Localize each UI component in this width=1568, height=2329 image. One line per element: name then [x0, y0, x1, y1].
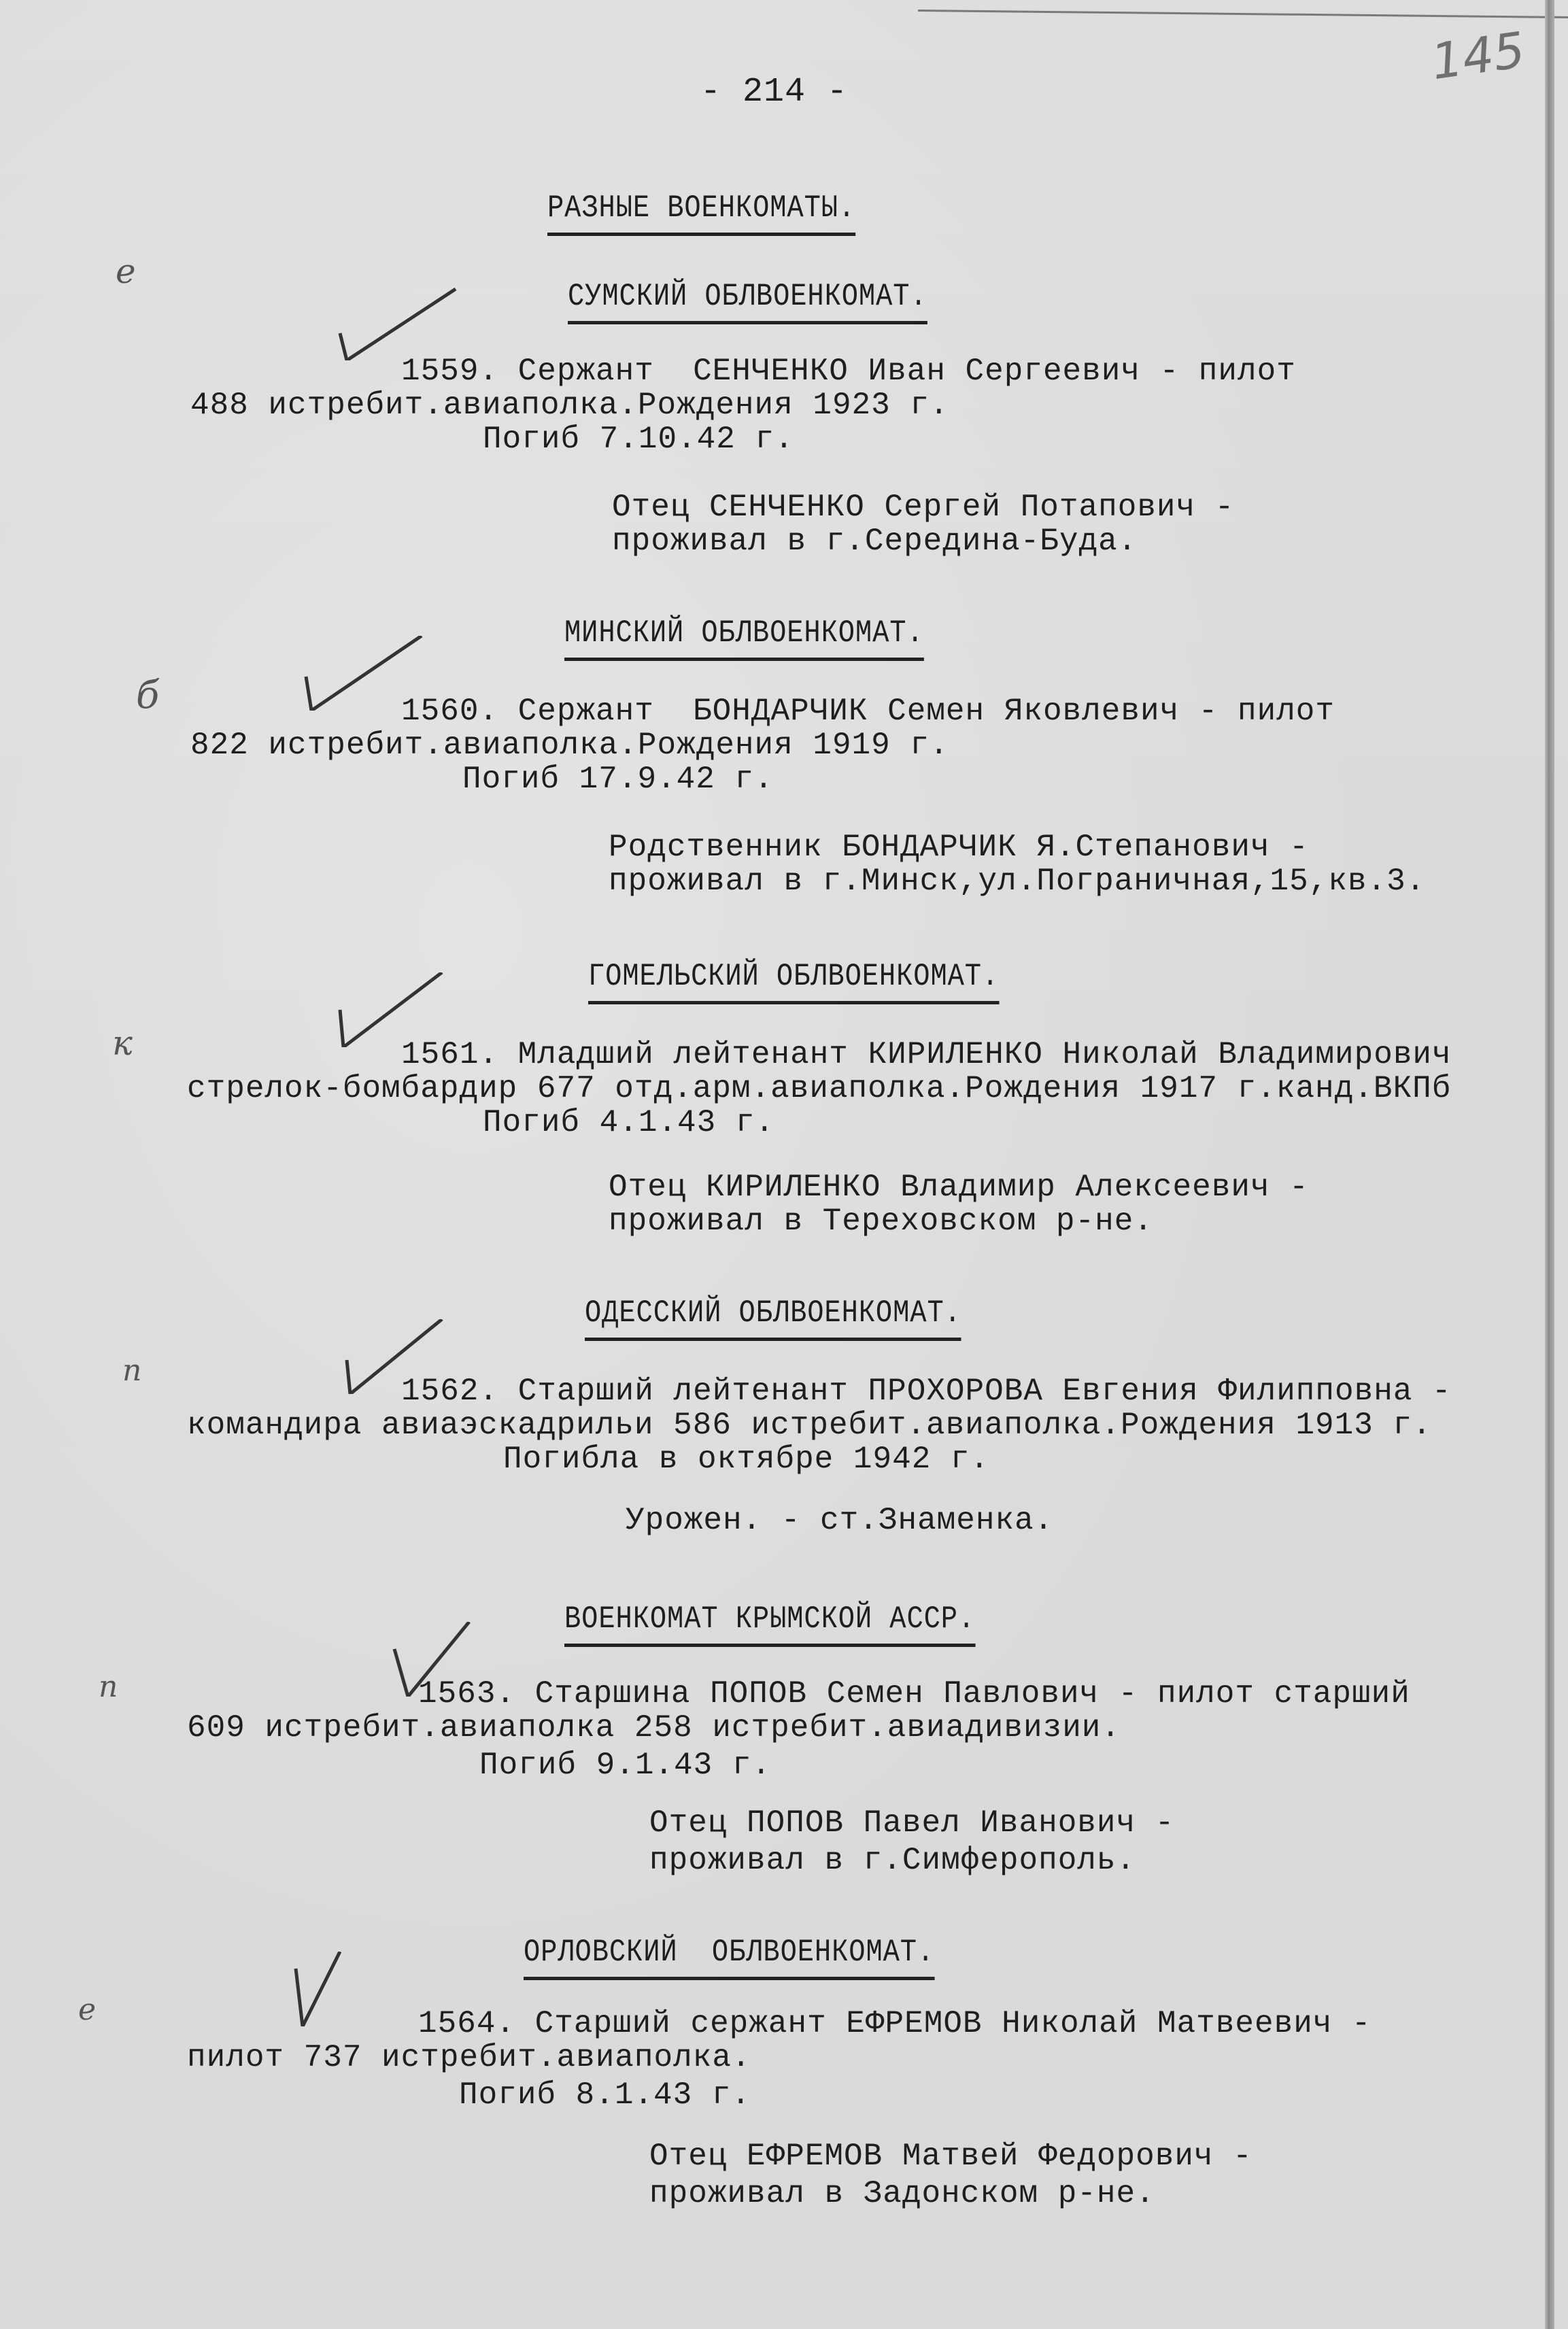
- entry-line: 1563. Старшина ПОПОВ Семен Павлович - пи…: [418, 1676, 1410, 1712]
- entry-line: 1560. Сержант БОНДАРЧИК Семен Яковлевич …: [401, 694, 1335, 729]
- section-heading: СУМСКИЙ ОБЛВОЕНКОМАТ.: [568, 279, 927, 324]
- relative-line: Родственник БОНДАРЧИК Я.Степанович -: [609, 830, 1309, 865]
- margin-mark: е: [78, 1992, 96, 2027]
- relative-line: Отец СЕНЧЕНКО Сергей Потапович -: [612, 490, 1234, 525]
- entry-line: 1562. Старший лейтенант ПРОХОРОВА Евгени…: [401, 1374, 1452, 1409]
- section-heading: ОРЛОВСКИЙ ОБЛВОЕНКОМАТ.: [524, 1935, 934, 1980]
- margin-mark: п: [99, 1669, 118, 1704]
- entry-line: Погиб 4.1.43 г.: [483, 1105, 774, 1140]
- relative-line: Урожен. - ст.Знаменка.: [626, 1503, 1053, 1538]
- relative-line: Отец КИРИЛЕНКО Владимир Алексеевич -: [609, 1170, 1309, 1205]
- entry-line: Погибла в октябре 1942 г.: [503, 1442, 989, 1477]
- entry-line: 488 истребит.авиаполка.Рождения 1923 г.: [190, 388, 949, 423]
- entry-line: стрелок-бомбардир 677 отд.арм.авиаполка.…: [187, 1071, 1451, 1106]
- document-title: РАЗНЫЕ ВОЕНКОМАТЫ.: [547, 190, 855, 236]
- section-heading: МИНСКИЙ ОБЛВОЕНКОМАТ.: [564, 615, 924, 661]
- checkmark-icon: [279, 1952, 415, 2026]
- entry-line: 1561. Младший лейтенант КИРИЛЕНКО Никола…: [401, 1037, 1452, 1072]
- checkmark-icon: [320, 972, 456, 1047]
- margin-mark: б: [136, 673, 159, 717]
- entry-line: 822 истребит.авиаполка.Рождения 1919 г.: [190, 728, 949, 763]
- relative-line: Отец ПОПОВ Павел Иванович -: [649, 1805, 1174, 1841]
- page-number: - 214 -: [700, 75, 848, 110]
- relative-line: проживал в г.Минск,ул.Пограничная,15,кв.…: [609, 864, 1425, 899]
- margin-mark: е: [116, 252, 136, 291]
- handwritten-folio-number: 145: [1428, 21, 1529, 90]
- page-top-edge: [918, 0, 1568, 18]
- entry-line: 1564. Старший сержант ЕФРЕМОВ Николай Ма…: [418, 2006, 1371, 2041]
- relative-line: проживал в г.Симферополь.: [649, 1843, 1136, 1878]
- document-page: 145 - 214 - РАЗНЫЕ ВОЕНКОМАТЫ. е СУМСКИЙ…: [0, 0, 1568, 2329]
- page-right-edge: [1545, 0, 1554, 2329]
- entry-line: Погиб 8.1.43 г.: [459, 2077, 751, 2113]
- relative-line: проживал в Задонском р-не.: [649, 2176, 1155, 2211]
- entry-line: Погиб 7.10.42 г.: [483, 422, 794, 457]
- section-heading: ГОМЕЛЬСКИЙ ОБЛВОЕНКОМАТ.: [588, 959, 999, 1004]
- margin-mark: п: [122, 1353, 141, 1388]
- checkmark-icon: [326, 286, 462, 360]
- section-heading: ВОЕНКОМАТ КРЫМСКОЙ АССР.: [564, 1601, 975, 1647]
- entry-line: пилот 737 истребит.авиаполка.: [187, 2040, 751, 2075]
- margin-mark: к: [112, 1023, 133, 1063]
- relative-line: проживал в г.Середина-Буда.: [612, 524, 1137, 559]
- relative-line: проживал в Тереховском р-не.: [609, 1204, 1153, 1239]
- section-heading: ОДЕССКИЙ ОБЛВОЕНКОМАТ.: [585, 1295, 961, 1341]
- entry-line: 1559. Сержант СЕНЧЕНКО Иван Сергеевич - …: [401, 354, 1296, 389]
- entry-line: 609 истребит.авиаполка 258 истребит.авиа…: [187, 1710, 1121, 1746]
- entry-line: Погиб 9.1.43 г.: [479, 1748, 771, 1783]
- relative-line: Отец ЕФРЕМОВ Матвей Федорович -: [649, 2139, 1252, 2174]
- entry-line: командира авиаэскадрильи 586 истребит.ав…: [187, 1408, 1432, 1443]
- entry-line: Погиб 17.9.42 г.: [462, 762, 774, 797]
